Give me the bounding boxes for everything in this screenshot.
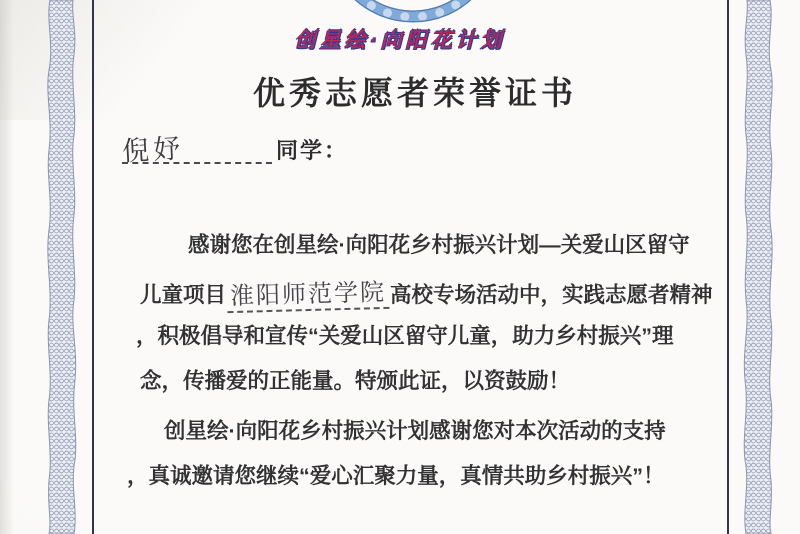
body-line: 感谢您在创星绘·向阳花乡村振兴计划—关爱山区留守 (188, 228, 690, 258)
body-line: ，积极倡导和宣传“关爱山区留守儿童，助力乡村振兴”理 (136, 319, 674, 349)
recipient-handwritten-name: 倪妤 (121, 126, 185, 168)
scan-edge-shadow (0, 0, 14, 534)
body-line: 儿童项目淮阳师范学院高校专场活动中，实践志愿者精神 (140, 274, 713, 304)
certificate-scan: 创星绘·向阳花计划 优秀志愿者荣誉证书 倪妤 同学： 感谢您在创星绘·向阳花乡村… (0, 0, 800, 534)
recipient-name-blank: 倪妤 (122, 126, 272, 164)
body-line: 念，传播爱的正能量。特颁此证，以资鼓励！ (140, 364, 570, 394)
seal-ring-rope-texture-icon (327, 0, 499, 21)
salutation-label: 同学： (276, 134, 348, 165)
body-line: 创星绘·向阳花乡村振兴计划感谢您对本次活动的支持 (164, 414, 666, 444)
program-logo-text: 创星绘·向阳花计划 (0, 24, 800, 54)
school-name-handwritten: 淮阳师范学院 (227, 272, 390, 313)
body-line-prefix: 儿童项目 (140, 283, 226, 307)
body-line: ，真诚邀请您继续“爱心汇聚力量，真情共助乡村振兴”！ (127, 459, 665, 489)
certificate-title: 优秀志愿者荣誉证书 (30, 68, 800, 114)
body-line-suffix: 高校专场活动中，实践志愿者精神 (390, 283, 713, 307)
